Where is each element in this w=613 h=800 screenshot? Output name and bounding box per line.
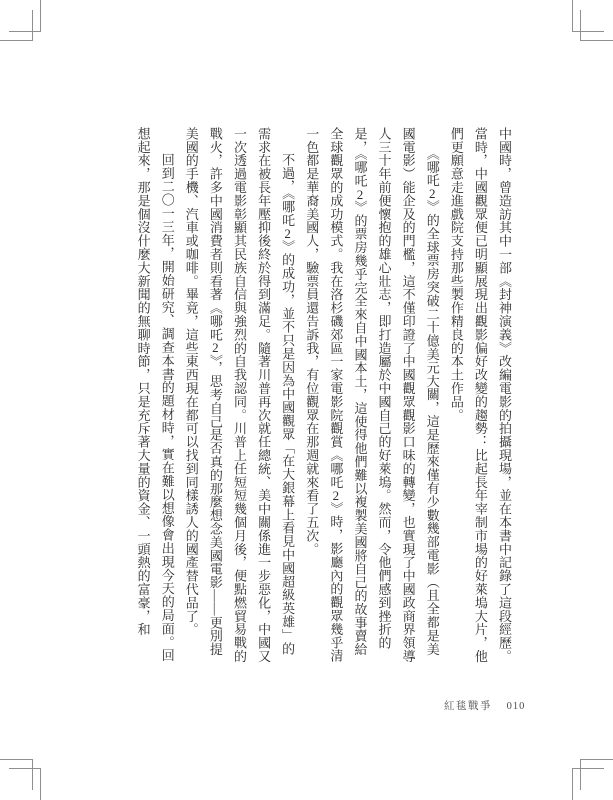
body-text: 中國時，曾造訪其中一部《封神演義》改編電影的拍攝現場，並在本書中記錄了這段經歷。… <box>131 127 517 665</box>
crop-mark-top-left-inner <box>0 10 33 41</box>
crop-mark-bottom-left-inner <box>0 760 33 791</box>
running-title: 紅毯戰爭 <box>444 701 492 712</box>
paragraph-1: 中國時，曾造訪其中一部《封神演義》改編電影的拍攝現場，並在本書中記錄了這段經歷。… <box>444 127 516 665</box>
crop-mark-top-right-outer <box>573 0 605 32</box>
crop-mark-bottom-right-outer <box>573 769 605 800</box>
crop-mark-bottom-right-inner <box>581 760 613 791</box>
page-number: 010 <box>507 701 526 712</box>
page-footer: 紅毯戰爭 010 <box>444 698 525 713</box>
book-page: 中國時，曾造訪其中一部《封神演義》改編電影的拍攝現場，並在本書中記錄了這段經歷。… <box>0 0 613 800</box>
crop-mark-top-right-inner <box>581 10 613 41</box>
paragraph-3: 不過，《哪吒2》的成功，並不只是因為中國觀眾「在大銀幕上看見中國超級英雄」的需求… <box>179 127 299 665</box>
crop-mark-bottom-left-outer <box>9 769 41 800</box>
paragraph-2: 《哪吒2》的全球票房突破二十億美元大關，這是歷來僅有少數幾部電影（且全都是美國電… <box>299 127 444 665</box>
crop-mark-top-left-outer <box>9 0 41 32</box>
paragraph-4: 回到二〇一三年，開始研究、調查本書的題材時，實在難以想像會出現今天的局面。回想起… <box>131 127 179 665</box>
